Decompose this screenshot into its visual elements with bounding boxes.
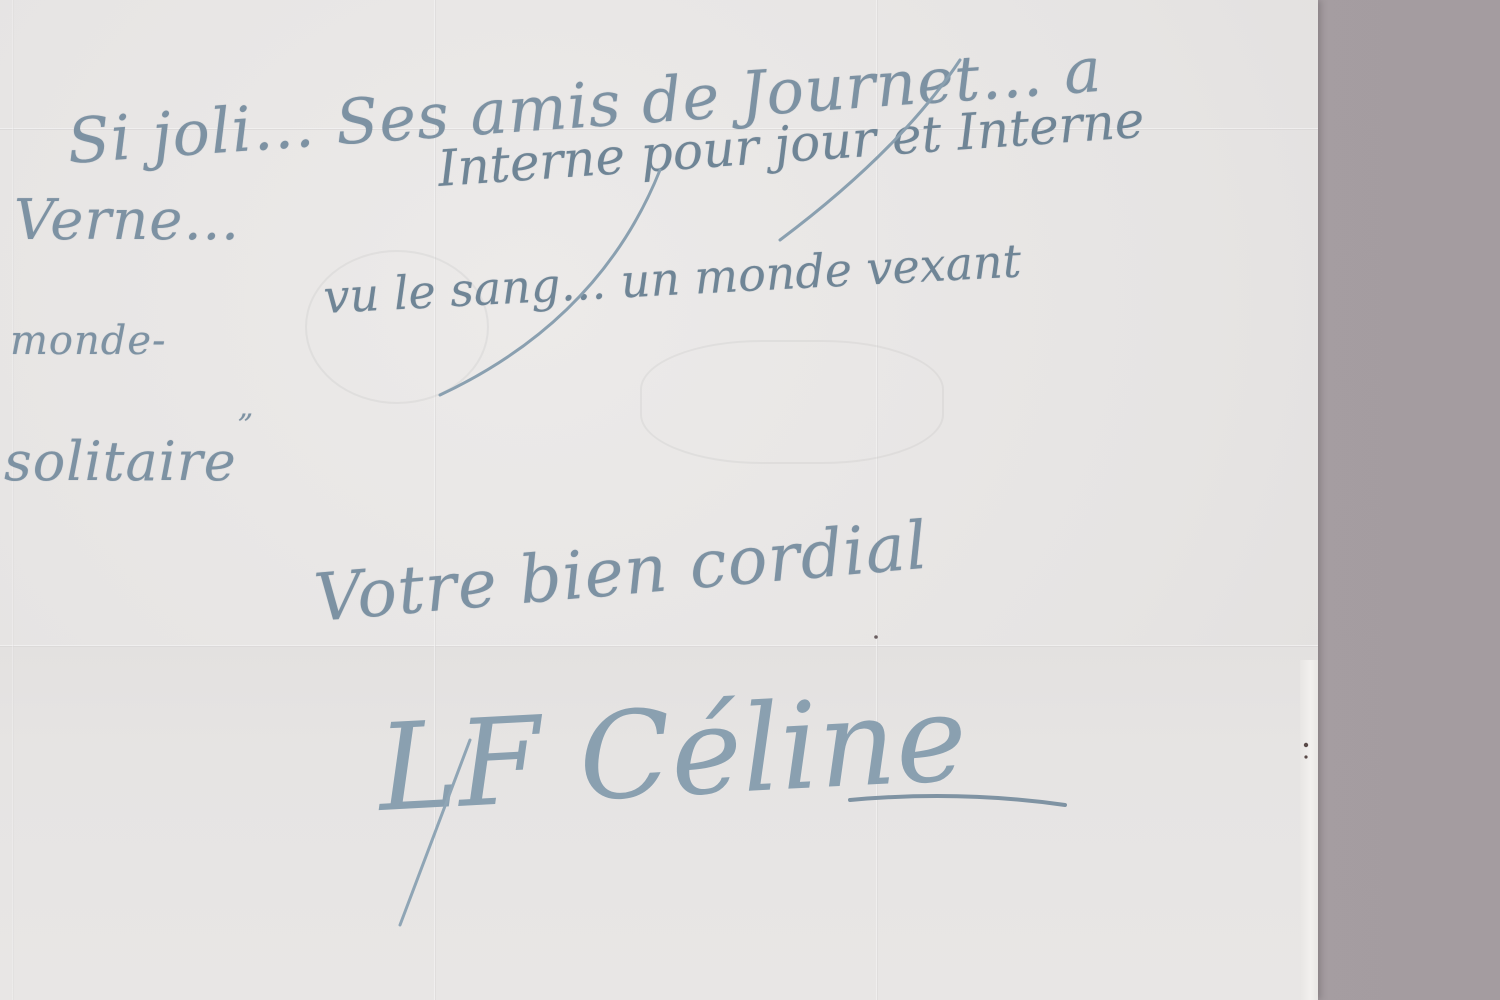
handwritten-quote-mark: „ <box>238 390 255 425</box>
letter-page: Si joli… Ses amis de Journet… a Verne… I… <box>0 0 1318 1000</box>
horizontal-fold-crease-lower <box>0 645 1318 647</box>
handwritten-line-4: solitaire <box>4 430 237 493</box>
handwritten-line-3a: monde- <box>10 318 167 364</box>
vertical-fold-crease-edge <box>12 0 14 1000</box>
show-through-mark <box>640 340 944 464</box>
photo-scene: Si joli… Ses amis de Journet… a Verne… I… <box>0 0 1500 1000</box>
letter-closing: Votre bien cordial <box>311 507 931 637</box>
handwritten-line-3b: vu le sang… un monde vexant <box>322 234 1022 324</box>
handwritten-line-2a: Verne… <box>14 188 240 253</box>
letter-folded-edge <box>1300 660 1318 1000</box>
